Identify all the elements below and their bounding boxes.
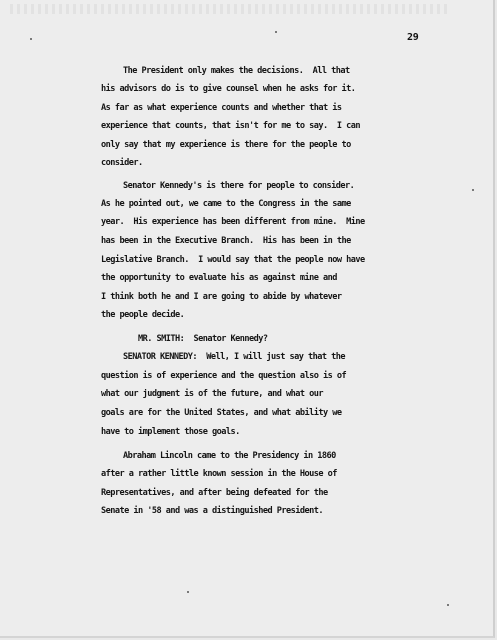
text-line: experience that counts, that isn't for m… <box>101 120 360 132</box>
document-page: 29 The President only makes the decision… <box>0 0 495 638</box>
scan-speck <box>187 591 189 593</box>
text-line: Abraham Lincoln came to the Presidency i… <box>123 450 336 462</box>
speaker-line: MR. SMITH: Senator Kennedy? <box>138 333 267 345</box>
scan-speck <box>447 604 449 606</box>
text-line: after a rather little known session in t… <box>101 468 337 480</box>
text-line: The President only makes the decisions. … <box>123 65 350 77</box>
text-line: has been in the Executive Branch. His ha… <box>101 235 351 247</box>
text-line: Representatives, and after being defeate… <box>101 487 328 499</box>
text-line: what our judgment is of the future, and … <box>101 388 323 400</box>
text-line: As far as what experience counts and whe… <box>101 102 341 114</box>
text-line: year. His experience has been different … <box>101 216 365 228</box>
scan-speck <box>275 31 277 33</box>
text-line: Legislative Branch. I would say that the… <box>101 254 365 266</box>
text-line: As he pointed out, we came to the Congre… <box>101 198 351 210</box>
text-line: question is of experience and the questi… <box>101 370 346 382</box>
text-line: the people decide. <box>101 309 184 321</box>
speaker-line: SENATOR KENNEDY: Well, I will just say t… <box>123 351 345 363</box>
scan-speck <box>30 38 32 40</box>
text-line: Senator Kennedy's is there for people to… <box>123 180 354 192</box>
text-line: the opportunity to evaluate his as again… <box>101 272 337 284</box>
page-number: 29 <box>407 32 418 43</box>
text-line: have to implement those goals. <box>101 426 240 438</box>
text-line: his advisors do is to give counsel when … <box>101 83 355 95</box>
text-line: I think both he and I are going to abide… <box>101 291 341 303</box>
scan-speck <box>472 189 474 191</box>
text-line: Senate in '58 and was a distinguished Pr… <box>101 505 323 517</box>
text-line: only say that my experience is there for… <box>101 139 351 151</box>
text-line: consider. <box>101 157 143 169</box>
text-line: goals are for the United States, and wha… <box>101 407 341 419</box>
scan-noise <box>10 4 450 14</box>
